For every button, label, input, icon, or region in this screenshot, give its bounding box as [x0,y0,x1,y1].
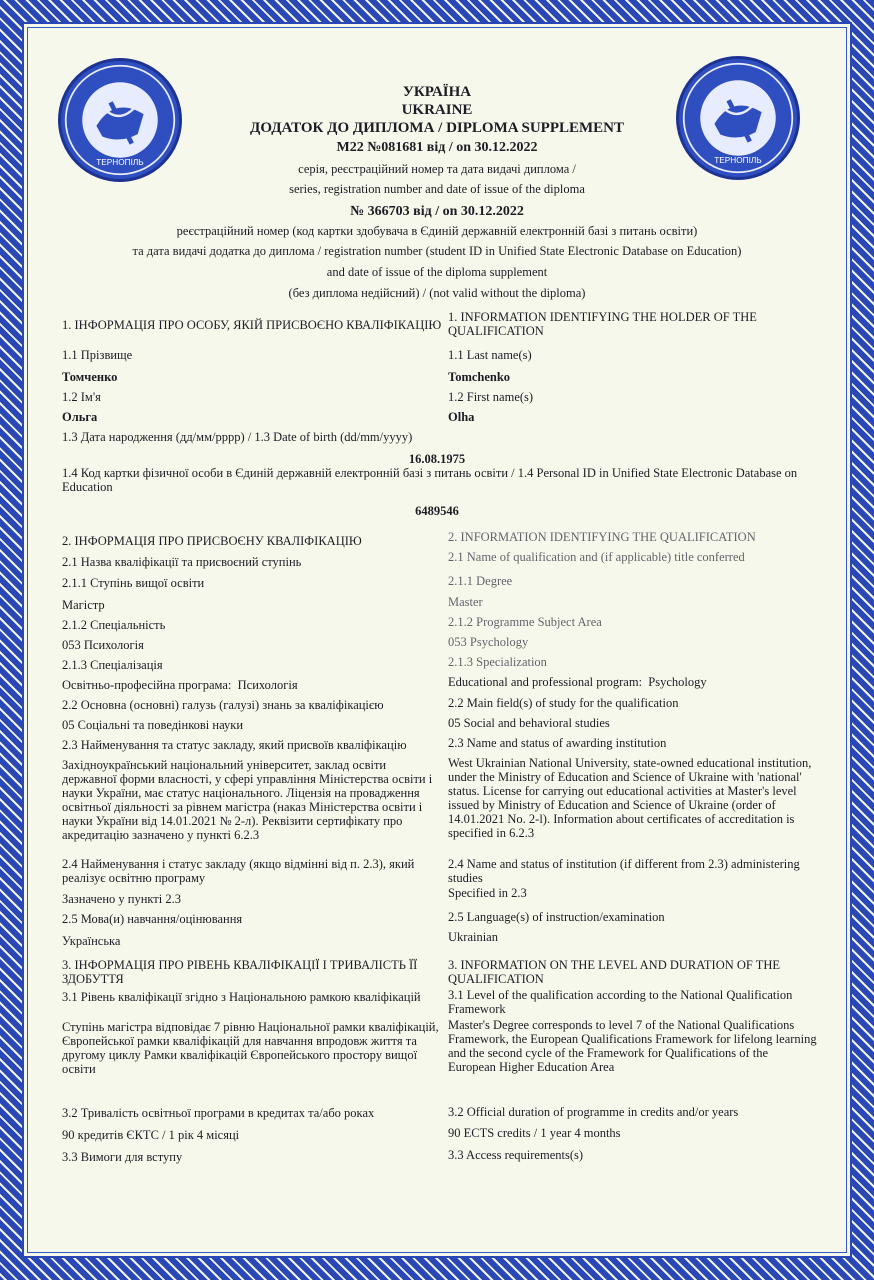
first-name-ua: Ольга [62,410,442,424]
reg-note-1: реєстраційний номер (код картки здобувач… [0,224,874,239]
duration-ua: 90 кредитів ЄКТС / 1 рік 4 місяці [62,1128,442,1142]
country-en: UKRAINE [0,102,874,119]
degree-label-en: 2.1.1 Degree [448,574,818,588]
specialization-label-en: 2.1.3 Specialization [448,655,818,669]
section2-title-ua: 2. ІНФОРМАЦІЯ ПРО ПРИСВОЄНУ КВАЛІФІКАЦІЮ [62,534,442,548]
duration-label-ua: 3.2 Тривалість освітньої програми в кред… [62,1106,442,1120]
reg-note-3: and date of issue of the diploma supplem… [0,265,874,280]
field-ua: 05 Соціальні та поведінкові науки [62,718,442,732]
field-label-ua: 2.2 Основна (основні) галузь (галузі) зн… [62,698,442,712]
duration-en: 90 ECTS credits / 1 year 4 months [448,1126,818,1140]
last-name-label-ua: 1.1 Прізвище [62,348,442,362]
language-ua: Українська [62,934,442,948]
admin-institution-label-en: 2.4 Name and status of institution (if d… [448,857,818,885]
last-name-en: Tomchenko [448,370,818,384]
institution-label-en: 2.3 Name and status of awarding institut… [448,736,818,750]
level-label-en: 3.1 Level of the qualification according… [448,988,818,1016]
admin-institution-en: Specified in 2.3 [448,886,818,900]
personal-id-label: 1.4 Код картки фізичної особи в Єдиній д… [62,466,822,494]
specialty-en: 053 Psychology [448,635,818,649]
section3-title-ua: 3. ІНФОРМАЦІЯ ПРО РІВЕНЬ КВАЛІФІКАЦІЇ І … [62,958,442,986]
country-ua: УКРАЇНА [0,84,874,101]
document-title: ДОДАТОК ДО ДИПЛОМА / DIPLOMA SUPPLEMENT [0,120,874,137]
institution-en: West Ukrainian National University, stat… [448,756,818,840]
qualification-name-label-en: 2.1 Name of qualification and (if applic… [448,550,818,564]
section3-title-en: 3. INFORMATION ON THE LEVEL AND DURATION… [448,958,818,986]
degree-label-ua: 2.1.1 Ступінь вищої освіти [62,576,442,590]
first-name-label-en: 1.2 First name(s) [448,390,818,404]
field-label-en: 2.2 Main field(s) of study for the quali… [448,696,818,710]
specialization-label-ua: 2.1.3 Спеціалізація [62,658,442,672]
language-label-ua: 2.5 Мова(и) навчання/оцінювання [62,912,442,926]
institution-label-ua: 2.3 Найменування та статус закладу, який… [62,738,442,752]
level-ua: Ступінь магістра відповідає 7 рівню Наці… [62,1020,442,1076]
first-name-en: Olha [448,410,818,424]
diploma-number: М22 №081681 від / on 30.12.2022 [0,140,874,156]
duration-label-en: 3.2 Official duration of programme in cr… [448,1105,818,1119]
institution-ua: Західноукраїнський національний універси… [62,758,442,842]
series-note-ua: серія, реєстраційний номер та дата видач… [0,162,874,177]
qualification-name-label-ua: 2.1 Назва кваліфікації та присвоєний сту… [62,555,442,569]
admin-institution-label-ua: 2.4 Найменування і статус закладу (якщо … [62,857,442,885]
access-label-ua: 3.3 Вимоги для вступу [62,1150,442,1164]
degree-ua: Магістр [62,598,442,612]
first-name-label-ua: 1.2 Ім'я [62,390,442,404]
supplement-number: № 366703 від / on 30.12.2022 [0,204,874,220]
program-ua: Освітньо-професійна програма: Психологія [62,678,442,692]
reg-note-2: та дата видачі додатка до диплома / regi… [0,244,874,259]
specialty-ua: 053 Психологія [62,638,442,652]
program-en: Educational and professional program: Ps… [448,675,818,689]
specialty-label-ua: 2.1.2 Спеціальність [62,618,442,632]
section1-title-ua: 1. ІНФОРМАЦІЯ ПРО ОСОБУ, ЯКІЙ ПРИСВОЄНО … [62,318,442,332]
dob-value: 16.08.1975 [0,452,874,466]
level-en: Master's Degree corresponds to level 7 o… [448,1018,818,1074]
reg-note-4: (без диплома недійсний) / (not valid wit… [0,286,874,301]
degree-en: Master [448,595,818,609]
admin-institution-ua: Зазначено у пункті 2.3 [62,892,442,906]
last-name-label-en: 1.1 Last name(s) [448,348,818,362]
section2-title-en: 2. INFORMATION IDENTIFYING THE QUALIFICA… [448,530,818,544]
personal-id-value: 6489546 [0,504,874,518]
specialty-label-en: 2.1.2 Programme Subject Area [448,615,818,629]
last-name-ua: Томченко [62,370,442,384]
language-en: Ukrainian [448,930,818,944]
access-label-en: 3.3 Access requirements(s) [448,1148,818,1162]
field-en: 05 Social and behavioral studies [448,716,818,730]
language-label-en: 2.5 Language(s) of instruction/examinati… [448,910,818,924]
section1-title-en: 1. INFORMATION IDENTIFYING THE HOLDER OF… [448,310,818,338]
level-label-ua: 3.1 Рівень кваліфікації згідно з Націона… [62,990,442,1004]
series-note-en: series, registration number and date of … [0,182,874,197]
dob-label: 1.3 Дата народження (дд/мм/рррр) / 1.3 D… [62,430,822,444]
